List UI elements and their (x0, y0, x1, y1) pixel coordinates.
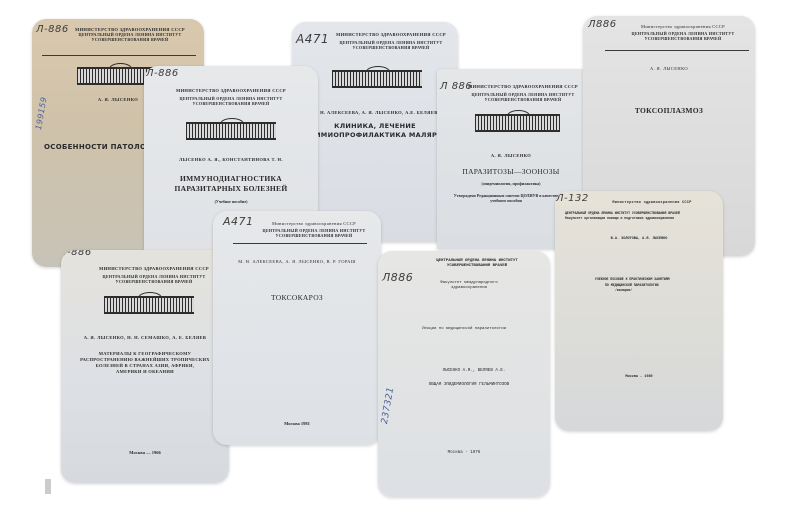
shelf-mark: Л886 (382, 271, 413, 284)
institute-label: ЦЕНТРАЛЬНЫЙ ОРДЕНА ЛЕНИНА ИНСТИТУТ УСОВЕ… (465, 92, 581, 102)
title-line: ПАРАЗИТАРНЫХ БОЛЕЗНЕЙ (144, 184, 318, 194)
faculty-label: Факультет международного здравоохранения (428, 281, 510, 291)
institute-label: ЦЕНТРАЛЬНЫЙ ОРДЕНА ЛЕНИНА ИНСТИТУТ УСОВЕ… (174, 96, 288, 106)
city-year: Москва - 1980 (555, 375, 723, 379)
series-label: Лекции по медицинской паразитологии (378, 327, 550, 331)
building-emblem (104, 296, 194, 314)
ministry-label: МИНИСТЕРСТВО ЗДРАВООХРАНЕНИЯ СССР (144, 88, 318, 93)
authors-label: ЛЫСЕНКО А. Я., КОНСТАНТИНОВА Т. Н. (144, 157, 318, 162)
authors-label: А. Я. ЛЫСЕНКО (583, 66, 755, 71)
shelf-mark: Л886 (588, 19, 617, 30)
cover-posobie: Л-132 Министерство здравоохранения СССР … (555, 191, 723, 431)
authors-label: А. Я. ЛЫСЕНКО, Н. Н. СЕМАШКО, А. Е. БЕЛЯ… (61, 335, 229, 340)
approval-note: Утверждено Редакционным советом ЦОЛИУВ в… (449, 193, 563, 203)
authors-label: ЛЫСЕНКО А.Я., БЕЛЯЕВ А.Е. (398, 369, 550, 373)
authors-label: В.А. ЗОЛОТОВА, А.Я. ЛЫСЕНКО (555, 237, 723, 241)
cover-title: ПАРАЗИТОЗЫ—ЗООНОЗЫ (437, 167, 585, 176)
building-emblem (186, 122, 276, 140)
ministry-label: Министерство здравоохранения СССР (253, 221, 375, 226)
building-emblem (475, 114, 560, 132)
authors-label: М. Н. АЛЕКСЕЕВА, А. Я. ЛЫСЕНКО, В. Р. ГО… (213, 259, 381, 264)
ministry-label: МИНИСТЕРСТВО ЗДРАВООХРАНЕНИЯ СССР (85, 266, 223, 271)
shelf-mark: А471 (296, 32, 329, 46)
institute-label: ЦЕНТРАЛЬНЫЙ ОРДЕНА ЛЕНИНА ИНСТИТУТ УСОВЕ… (328, 40, 454, 50)
cover-title: ИММУНОДИАГНОСТИКА ПАРАЗИТАРНЫХ БОЛЕЗНЕЙ (144, 174, 318, 194)
cover-title: ОБЩАЯ ЭПИДЕМИОЛОГИЯ ГЕЛЬМИНТОЗОВ (388, 383, 550, 387)
city-year: Москва 1981 (213, 421, 381, 426)
authors-label: А. Я. ЛЫСЕНКО (437, 153, 585, 158)
subtitle: /малярия/ (595, 288, 713, 294)
ministry-label: Министерство здравоохранения СССР (591, 201, 713, 205)
ministry-label: Министерство здравоохранения СССР (619, 24, 747, 29)
shelf-mark: Л-132 (556, 193, 589, 204)
city-year: Москва - 1976 (378, 451, 550, 455)
building-emblem (332, 70, 422, 88)
cover-toxokaroz: А471 Министерство здравоохранения СССР Ц… (213, 211, 381, 445)
cover-title: ТОКСОПЛАЗМОЗ (583, 106, 755, 115)
ministry-label: МИНИСТЕРСТВО ЗДРАВООХРАНЕНИЯ СССР (328, 32, 454, 37)
institute-label: ЦЕНТРАЛЬНЫЙ ОРДЕНА ЛЕНИНА ИНСТИТУТ УСОВЕ… (62, 32, 198, 42)
institute-label: ЦЕНТРАЛЬНЫЙ ОРДЕНА ЛЕНИНА ИНСТИТУТ УСОВЕ… (95, 274, 213, 284)
ministry-label: МИНИСТЕРСТВО ЗДРАВООХРАНЕНИЯ СССР (465, 84, 581, 89)
inventory-number: 237321 (380, 386, 396, 425)
cover-title: УЧЕБНОЕ ПОСОБИЕ К ПРАКТИЧЕСКИМ ЗАНЯТИЯМ … (595, 277, 713, 294)
shelf-mark: Л-886 (146, 68, 179, 79)
cover-materialy: Л-886 МИНИСТЕРСТВО ЗДРАВООХРАНЕНИЯ СССР … (61, 250, 229, 483)
cover-epidemiologiya: Л886 237321 ЦЕНТРАЛЬНЫЙ ОРДЕНА ЛЕНИНА ИН… (378, 251, 550, 497)
subtitle: (эпидемиология, профилактика) (437, 181, 585, 186)
shelf-mark: А471 (223, 215, 254, 228)
institute-label: ЦЕНТРАЛЬНЫЙ ОРДЕНА ЛЕНИНА ИНСТИТУТ УСОВЕ… (253, 228, 375, 238)
shelf-mark: Л-886 (61, 250, 92, 258)
title-line: ИММУНОДИАГНОСТИКА (144, 174, 318, 184)
city-year: Москва — 1966 (61, 450, 229, 455)
institute-label: ЦЕНТРАЛЬНЫЙ ОРДЕНА ЛЕНИНА ИНСТИТУТ УСОВЕ… (619, 31, 747, 41)
subtitle: (Учебное пособие) (144, 199, 318, 204)
title-line: АМЕРИКИ И ОКЕАНИИ (63, 369, 227, 375)
cover-title: МАТЕРИАЛЫ К ГЕОГРАФИЧЕСКОМУ РАСПРОСТРАНЕ… (63, 351, 227, 375)
cover-title: ТОКСОКАРОЗ (213, 293, 381, 302)
faculty-label: Факультет организации помощи и подготовк… (565, 216, 717, 221)
institute-label: ЦЕНТРАЛЬНЫЙ ОРДЕНА ЛЕНИНА ИНСТИТУТ УСОВЕ… (414, 259, 540, 269)
slide-indicator (45, 479, 51, 494)
